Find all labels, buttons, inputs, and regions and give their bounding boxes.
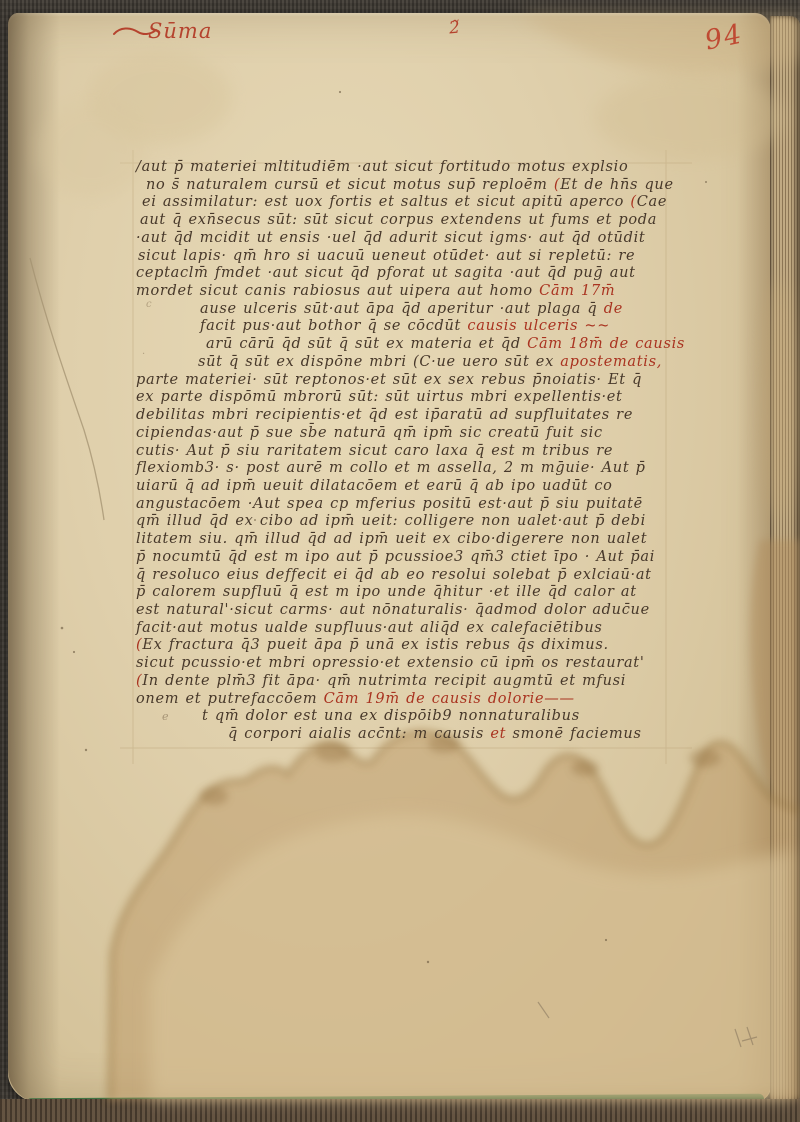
body-text: cutis· Aut p̄ siu raritatem sicut caro l…	[136, 443, 613, 459]
text-line: aut q̄ exn̄secus sūt: sūt sicut corpus e…	[136, 212, 676, 230]
text-line: p̄ calorem supfluū q̄ est m ipo unde q̄h…	[136, 584, 676, 602]
body-text: sūt q̄ sūt ex dispōne mbri (C·ue uero sū…	[198, 354, 560, 370]
text-line: sicut pcussio·et mbri opressio·et extens…	[136, 655, 676, 673]
body-text: sicut lapis· qm̄ hro si uacuū ueneut otū…	[138, 248, 635, 264]
body-text: aut q̄ exn̄secus sūt: sūt sicut corpus e…	[140, 212, 657, 228]
body-text: smonē faciemus	[506, 726, 641, 742]
body-text: Et de hn̄s que	[560, 177, 674, 193]
rubric-text: de	[604, 301, 623, 317]
guide-letter: e	[162, 708, 202, 726]
body-text: ause ulceris sūt·aut āpa q̄d aperitur ·a…	[200, 301, 604, 317]
text-line: q̄ corpori aialis acc̄nt: m causis et sm…	[136, 726, 676, 744]
text-line: ei assimilatur: est uox fortis et saltus…	[136, 194, 676, 212]
rubric-text: Cām 17m̄	[539, 283, 615, 299]
text-line: onem et putrefaccōem Cām 19m̄ de causis …	[136, 691, 676, 709]
text-line: ex parte dispōmū mbrorū sūt: sūt uirtus …	[136, 389, 676, 407]
text-line: est natural'·sicut carms· aut nōnaturali…	[136, 602, 676, 620]
body-text: Cae	[637, 194, 667, 210]
rubric-text: Cām 18m̄ de causis	[527, 336, 685, 352]
body-text: angustacōem ·Aut spea cp mferius positū …	[136, 496, 643, 512]
rubric-text: Cām 19m̄ de causis dolorie——	[324, 691, 575, 707]
body-text: arū cārū q̄d sūt q̄ sūt ex materia et q̄…	[206, 336, 527, 352]
body-text: /aut p̄ materiei mltitudiēm ·aut sicut f…	[136, 159, 628, 175]
body-text: debilitas mbri recipientis·et q̄d est ip…	[136, 407, 633, 423]
text-line: p̄ nocumtū q̄d est m ipo aut p̄ pcussioe…	[136, 549, 676, 567]
text-line: ause ulceris sūt·aut āpa q̄d aperitur ·a…	[136, 301, 676, 319]
page-edge-shadow	[737, 13, 771, 1103]
text-line: parte materiei· sūt reptonos·et sūt ex s…	[136, 372, 676, 390]
text-block: /aut p̄ materiei mltitudiēm ·aut sicut f…	[136, 159, 676, 744]
body-text: ex parte dispōmū mbrorū sūt: sūt uirtus …	[136, 389, 623, 405]
body-text: q̄ resoluco eius deffecit ei q̄d ab eo r…	[136, 567, 652, 583]
table-fabric	[0, 1099, 800, 1122]
body-text: no s̄ naturalem cursū et sicut motus sup…	[146, 177, 554, 193]
text-line: sicut lapis· qm̄ hro si uacuū ueneut otū…	[136, 248, 676, 266]
body-text: sicut pcussio·et mbri opressio·et extens…	[136, 655, 645, 671]
body-text: ceptaclm̄ fmdet ·aut sicut q̄d pforat ut…	[136, 265, 636, 281]
body-text: ei assimilatur: est uox fortis et saltus…	[142, 194, 630, 210]
text-line: flexiomb3· s· post aurē m collo et m ass…	[136, 460, 676, 478]
text-line: angustacōem ·Aut spea cp mferius positū …	[136, 496, 676, 514]
text-line: (Ex fractura q̄3 pueit āpa p̄ unā ex ist…	[136, 637, 676, 655]
text-line: q̄ resoluco eius deffecit ei q̄d ab eo r…	[136, 567, 676, 585]
body-text: t qm̄ dolor est una ex dispōib9 nonnatur…	[202, 708, 580, 724]
body-text: ·aut q̄d mcidit ut ensis ·uel q̄d adurit…	[136, 230, 645, 246]
book-number-mark: 2̃	[448, 18, 461, 39]
gutter-shadow	[8, 13, 60, 1103]
text-line: ·aut q̄d mcidit ut ensis ·uel q̄d adurit…	[136, 230, 676, 248]
text-line: mordet sicut canis rabiosus aut uipera a…	[136, 283, 676, 301]
text-line: ceptaclm̄ fmdet ·aut sicut q̄d pforat ut…	[136, 265, 676, 283]
text-line: no s̄ naturalem cursū et sicut motus sup…	[136, 177, 676, 195]
photo-root: Sūma 2̃ 94 /aut p̄ materiei mltitudiēm ·…	[0, 0, 800, 1122]
body-text: litatem siu. qm̄ illud q̄d ad ipm̄ ueit …	[136, 531, 647, 547]
body-text: parte materiei· sūt reptonos·et sūt ex s…	[136, 372, 642, 388]
text-line: litatem siu. qm̄ illud q̄d ad ipm̄ ueit …	[136, 531, 676, 549]
body-text: cipiendas·aut p̄ sue sb̄e naturā qm̄ ipm…	[136, 425, 603, 441]
body-text: flexiomb3· s· post aurē m collo et m ass…	[136, 460, 646, 476]
body-text: Ex fractura q̄3 pueit āpa p̄ unā ex isti…	[142, 637, 608, 653]
text-line: qm̄ illud q̄d ex cibo ad ipm̄ ueit: coll…	[136, 513, 676, 531]
text-line: debilitas mbri recipientis·et q̄d est ip…	[136, 407, 676, 425]
book-fore-edge	[770, 16, 800, 1102]
text-line: (In dente plm̄3 fit āpa· qm̄ nutrimta re…	[136, 673, 676, 691]
body-text: uiarū q̄ ad ipm̄ ueuit dilatacōem et ear…	[136, 478, 613, 494]
body-text: facit·aut motus ualde supfluus·aut aliq̄…	[136, 620, 603, 636]
text-line: et qm̄ dolor est una ex dispōib9 nonnatu…	[136, 708, 676, 726]
margin-mark: ·	[142, 349, 145, 360]
rubric-text: causis ulceris ~~	[467, 318, 610, 334]
running-title: Sūma	[148, 19, 212, 43]
rubric-text: apostematis,	[560, 354, 662, 370]
body-text: q̄ corpori aialis acc̄nt: m causis	[228, 726, 490, 742]
margin-mark: c	[146, 299, 152, 310]
text-line: cipiendas·aut p̄ sue sb̄e naturā qm̄ ipm…	[136, 425, 676, 443]
text-line: uiarū q̄ ad ipm̄ ueuit dilatacōem et ear…	[136, 478, 676, 496]
text-line: sūt q̄ sūt ex dispōne mbri (C·ue uero sū…	[136, 354, 676, 372]
text-line: /aut p̄ materiei mltitudiēm ·aut sicut f…	[136, 159, 676, 177]
body-text: In dente plm̄3 fit āpa· qm̄ nutrimta rec…	[142, 673, 626, 689]
body-text: mordet sicut canis rabiosus aut uipera a…	[136, 283, 539, 299]
body-text: p̄ nocumtū q̄d est m ipo aut p̄ pcussioe…	[136, 549, 655, 565]
body-text: p̄ calorem supfluū q̄ est m ipo unde q̄h…	[136, 584, 637, 600]
body-text: est natural'·sicut carms· aut nōnaturali…	[136, 602, 650, 618]
text-line: arū cārū q̄d sūt q̄ sūt ex materia et q̄…	[136, 336, 676, 354]
text-line: cutis· Aut p̄ siu raritatem sicut caro l…	[136, 443, 676, 461]
body-text: qm̄ illud q̄d ex cibo ad ipm̄ ueit: coll…	[136, 513, 646, 529]
text-line: facit pus·aut bothor q̄ se cōcdūt causis…	[136, 318, 676, 336]
text-line: facit·aut motus ualde supfluus·aut aliq̄…	[136, 620, 676, 638]
rubric-text: et	[490, 726, 506, 742]
body-text: facit pus·aut bothor q̄ se cōcdūt	[200, 318, 467, 334]
body-text: onem et putrefaccōem	[136, 691, 324, 707]
